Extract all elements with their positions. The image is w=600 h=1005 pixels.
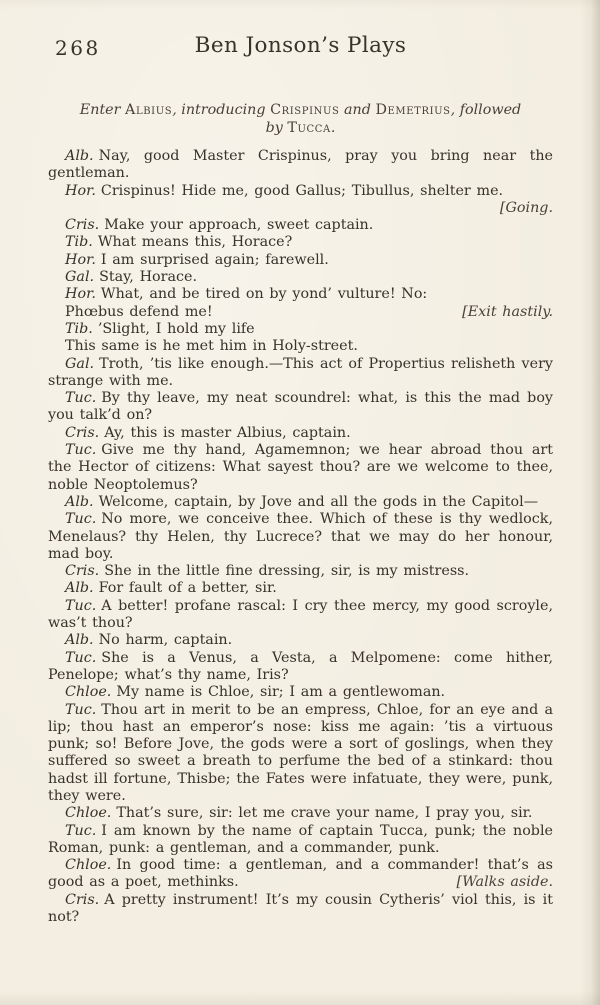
speech-text: My name is Chloe, sir; I am a gentlewoma… — [116, 684, 445, 700]
speaker-name: Cris. — [65, 425, 99, 441]
speech-text: What, and be tired on by yond’ vulture! … — [101, 286, 427, 302]
speaker-name: Tuc. — [65, 702, 96, 718]
stage-text: Enter — [80, 102, 125, 118]
speech: Tuc.A better! profane rascal: I cry thee… — [48, 598, 553, 633]
page-number: 268 — [55, 36, 101, 60]
speaker-name: Tib. — [65, 234, 93, 250]
speech-text: No harm, captain. — [99, 632, 233, 648]
speaker-name: Chloe. — [65, 805, 111, 821]
character-name: Crispinus — [270, 102, 339, 118]
speaker-name: Hor. — [65, 252, 96, 268]
speech: Tuc.Thou art in merit to be an empress, … — [48, 702, 553, 806]
speaker-name: Hor. — [65, 286, 96, 302]
speech-text: No more, we conceive thee. Which of thes… — [48, 511, 553, 562]
speech-text: What means this, Horace? — [98, 234, 292, 250]
speech-text: Stay, Horace. — [99, 269, 197, 285]
speech-text: I am known by the name of captain Tucca,… — [48, 823, 553, 856]
speech: Hor.I am surprised again; farewell. — [48, 252, 553, 269]
speech-text: Give me thy hand, Agamemnon; we hear abr… — [48, 442, 553, 493]
speech: Tuc.She is a Venus, a Vesta, a Melpomene… — [48, 650, 553, 685]
speech: Alb.No harm, captain. — [48, 632, 553, 649]
speech: Tuc.No more, we conceive thee. Which of … — [48, 511, 553, 563]
speech: Alb.Welcome, captain, by Jove and all th… — [48, 494, 553, 511]
speech-text: Ay, this is master Albius, captain. — [104, 425, 350, 441]
speaker-name: Tib. — [65, 321, 93, 337]
speech: Alb.Nay, good Master Crispinus, pray you… — [48, 148, 553, 183]
speech-text: Crispinus! Hide me, good Gallus; Tibullu… — [101, 183, 503, 199]
speech-text: ’Slight, I hold my life — [98, 321, 255, 337]
speaker-name: Alb. — [65, 632, 94, 648]
speech: Alb.For fault of a better, sir. — [48, 580, 553, 597]
speaker-name: Tuc. — [65, 511, 96, 527]
speaker-name: Hor. — [65, 183, 96, 199]
speech-text: She in the little fine dressing, sir, is… — [104, 563, 469, 579]
speech: Cris.Ay, this is master Albius, captain. — [48, 425, 553, 442]
stage-direction-line: by Tucca. — [48, 120, 553, 138]
speech-text: That’s sure, sir: let me crave your name… — [116, 805, 532, 821]
speaker-name: Tuc. — [65, 390, 96, 406]
speech: Chloe.My name is Chloe, sir; I am a gent… — [48, 684, 553, 701]
character-name: Tucca — [287, 120, 331, 136]
speaker-name: Alb. — [65, 148, 94, 164]
speaker-name: Cris. — [65, 563, 99, 579]
speech-text: Make your approach, sweet captain. — [104, 217, 373, 233]
speech: Tuc.Give me thy hand, Agamemnon; we hear… — [48, 442, 553, 494]
speech-text: Nay, good Master Crispinus, pray you bri… — [48, 148, 553, 181]
stage-direction-heading: Enter Albius, introducing Crispinus and … — [48, 102, 553, 137]
speaker-name: Gal. — [65, 269, 94, 285]
speech-text: A better! profane rascal: I cry thee mer… — [48, 598, 553, 631]
dialogue-block: Alb.Nay, good Master Crispinus, pray you… — [48, 148, 553, 926]
speech-text: I am surprised again; farewell. — [101, 252, 329, 268]
stage-text: . — [331, 120, 336, 136]
speaker-name: Gal. — [65, 356, 94, 372]
stage-text: and — [339, 102, 375, 118]
speaker-name: Tuc. — [65, 442, 96, 458]
stage-text: , introducing — [172, 102, 270, 118]
speaker-name: Chloe. — [65, 857, 111, 873]
speech: Gal.Stay, Horace. — [48, 269, 553, 286]
stage-text: by — [266, 120, 288, 136]
speech-text: This same is he met him in Holy-street. — [48, 338, 553, 355]
speech: Cris.Make your approach, sweet captain. — [48, 217, 553, 234]
speech: Cris.A pretty instrument! It’s my cousin… — [48, 892, 553, 927]
stage-cue: [Going. — [48, 200, 553, 217]
speech: Tib.What means this, Horace? — [48, 234, 553, 251]
speech-text: Troth, ’tis like enough.—This act of Pro… — [48, 356, 553, 389]
speech: Hor.Crispinus! Hide me, good Gallus; Tib… — [48, 183, 553, 200]
speaker-name: Alb. — [65, 580, 94, 596]
speaker-name: Cris. — [65, 892, 99, 908]
speech: Tuc.By thy leave, my neat scoundrel: wha… — [48, 390, 553, 425]
page-content: 268 Ben Jonson’s Plays Enter Albius, int… — [0, 0, 600, 926]
speaker-name: Cris. — [65, 217, 99, 233]
running-head: 268 Ben Jonson’s Plays — [48, 33, 553, 65]
speech: Gal.Troth, ’tis like enough.—This act of… — [48, 356, 553, 391]
character-name: Albius — [125, 102, 172, 118]
speech-text: She is a Venus, a Vesta, a Melpomene: co… — [48, 650, 553, 683]
speaker-name: Chloe. — [65, 684, 111, 700]
book-page: 268 Ben Jonson’s Plays Enter Albius, int… — [0, 0, 600, 1005]
speech-text: Thou art in merit to be an empress, Chlo… — [48, 702, 553, 804]
running-title: Ben Jonson’s Plays — [48, 33, 553, 58]
character-name: Demetrius — [375, 102, 450, 118]
stage-direction-line: Enter Albius, introducing Crispinus and … — [48, 102, 553, 120]
speaker-name: Alb. — [65, 494, 94, 510]
speaker-name: Tuc. — [65, 598, 96, 614]
speech-verse: Tib.’Slight, I hold my life This same is… — [48, 321, 553, 356]
speech-text: Welcome, captain, by Jove and all the go… — [99, 494, 538, 510]
speech-text: A pretty instrument! It’s my cousin Cyth… — [48, 892, 553, 925]
speech-text: For fault of a better, sir. — [99, 580, 277, 596]
speech-text: By thy leave, my neat scoundrel: what, i… — [48, 390, 553, 423]
speaker-name: Tuc. — [65, 650, 96, 666]
stage-text: , followed — [451, 102, 522, 118]
speech: Tuc.I am known by the name of captain Tu… — [48, 823, 553, 858]
speech: Chloe.That’s sure, sir: let me crave you… — [48, 805, 553, 822]
speech: Cris.She in the little fine dressing, si… — [48, 563, 553, 580]
speaker-name: Tuc. — [65, 823, 96, 839]
